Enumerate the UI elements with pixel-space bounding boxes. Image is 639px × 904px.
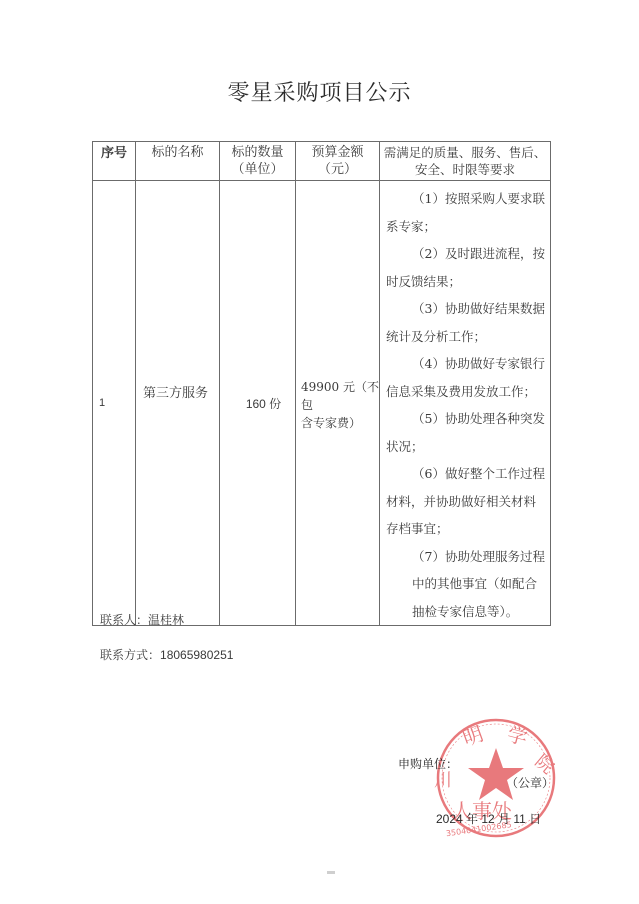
quantity-text: 160 份 bbox=[246, 397, 281, 411]
page-title: 零星采购项目公示 bbox=[0, 76, 639, 107]
requirement-line: 抽检专家信息等）。 bbox=[386, 598, 546, 626]
requirement-line: 存档事宜； bbox=[386, 515, 546, 543]
applicant-unit-label: 申购单位： bbox=[398, 755, 458, 772]
header-budget-label: 预算金额 bbox=[296, 144, 379, 161]
header-budget-unit: （元） bbox=[296, 161, 379, 178]
requirement-line: 统计及分析工作； bbox=[386, 323, 546, 351]
header-item-name-label: 标的名称 bbox=[136, 144, 219, 161]
signature-date: 2024 年 12 月 11 日 bbox=[436, 810, 541, 827]
header-requirements-line2: 安全、时限等要求 bbox=[380, 161, 550, 178]
requirement-line: （3）协助做好结果数据 bbox=[386, 295, 546, 323]
procurement-table: 序号 标的名称 标的数量 （单位） 预算金额 （元） 需满足的质量、服务、售后、… bbox=[92, 141, 551, 626]
row-budget: 49900 元（不包 含专家费） bbox=[296, 181, 380, 626]
header-quantity: 标的数量 （单位） bbox=[220, 142, 296, 181]
header-budget: 预算金额 （元） bbox=[296, 142, 380, 181]
svg-text:学: 学 bbox=[505, 722, 531, 750]
item-name-text: 第三方服务 bbox=[143, 386, 208, 401]
header-requirements: 需满足的质量、服务、售后、 安全、时限等要求 bbox=[380, 142, 551, 181]
scan-artifact bbox=[327, 871, 335, 874]
seal-note: （公章） bbox=[506, 774, 554, 791]
requirement-line: 时反馈结果； bbox=[386, 268, 546, 296]
contact-phone-number: 18065980251 bbox=[160, 648, 233, 662]
requirement-line: （4）协助做好专家银行 bbox=[386, 350, 546, 378]
requirement-line: 状况； bbox=[386, 433, 546, 461]
contact-person: 联系人：温桂林 bbox=[100, 611, 184, 628]
requirement-line: 系专家； bbox=[386, 213, 546, 241]
row-item-name: 第三方服务 bbox=[136, 181, 220, 626]
contact-person-name: 温桂林 bbox=[148, 613, 184, 627]
header-index: 序号 bbox=[93, 142, 136, 181]
header-item-name: 标的名称 bbox=[136, 142, 220, 181]
contact-person-label: 联系人： bbox=[100, 613, 148, 627]
row-index: 1 bbox=[93, 181, 136, 626]
header-quantity-unit: （单位） bbox=[220, 161, 295, 178]
budget-line2: 含专家费） bbox=[301, 414, 379, 432]
requirement-line: （6）做好整个工作过程 bbox=[386, 460, 546, 488]
header-index-label: 序号 bbox=[93, 144, 135, 162]
header-quantity-label: 标的数量 bbox=[220, 144, 295, 161]
row-requirements: （1）按照采购人要求联 系专家； （2）及时跟进流程，按 时反馈结果； （3）协… bbox=[380, 181, 551, 626]
requirement-line: 中的其他事宜（如配合 bbox=[386, 570, 546, 598]
requirement-line: （2）及时跟进流程，按 bbox=[386, 240, 546, 268]
svg-text:川: 川 bbox=[434, 770, 452, 791]
row-quantity: 160 份 bbox=[220, 181, 296, 626]
requirement-line: （1）按照采购人要求联 bbox=[386, 185, 546, 213]
table-row: 1 第三方服务 160 份 49900 元（不包 含专家费） （1）按照采购人要… bbox=[93, 181, 551, 626]
requirement-line: 材料，并协助做好相关材料 bbox=[386, 488, 546, 516]
requirement-line: （7）协助处理服务过程 bbox=[386, 543, 546, 571]
table-header-row: 序号 标的名称 标的数量 （单位） 预算金额 （元） 需满足的质量、服务、售后、… bbox=[93, 142, 551, 181]
contact-phone-label: 联系方式： bbox=[100, 648, 160, 662]
requirement-line: （5）协助处理各种突发 bbox=[386, 405, 546, 433]
contact-phone: 联系方式：18065980251 bbox=[100, 646, 233, 663]
header-requirements-line1: 需满足的质量、服务、售后、 bbox=[380, 144, 550, 161]
budget-line1: 49900 元（不包 bbox=[301, 378, 379, 414]
requirement-line: 信息采集及费用发放工作； bbox=[386, 378, 546, 406]
